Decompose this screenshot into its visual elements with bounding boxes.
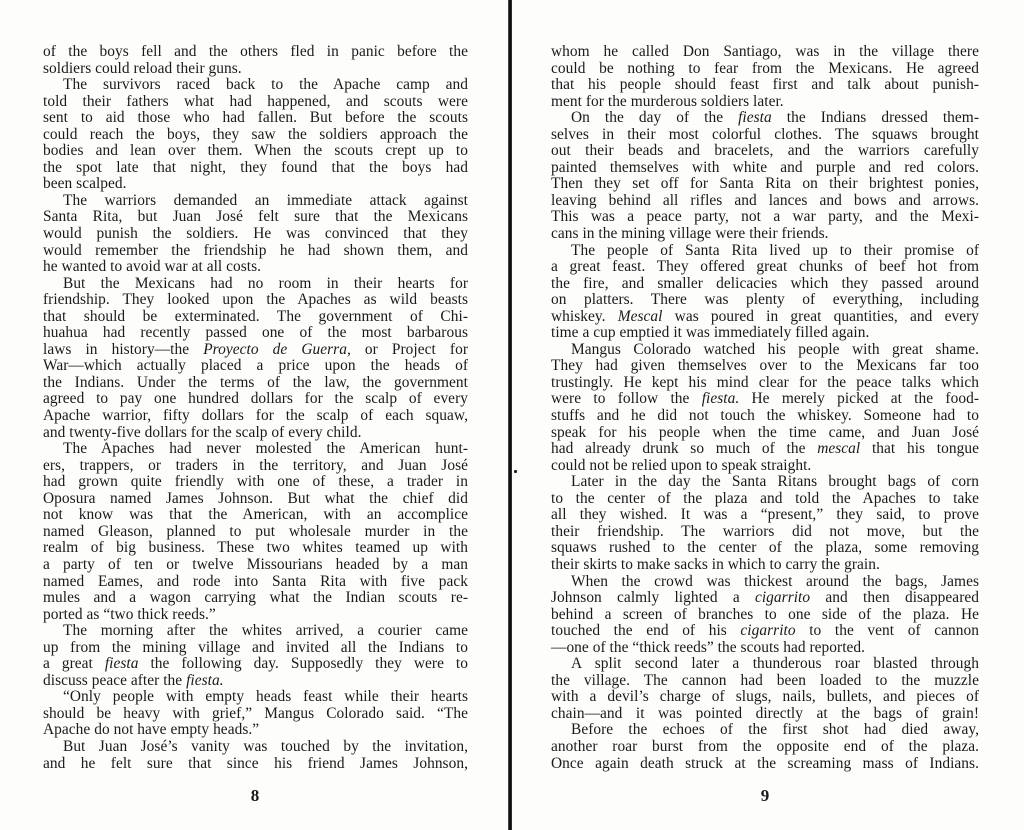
text-line: could be nothing to fear from the Mexica…: [551, 61, 979, 78]
text-line: had grown quite friendly with one of the…: [43, 474, 468, 491]
text-line: trustingly. He kept his mind clear for t…: [551, 375, 979, 392]
text-line: ers, trappers, or traders in the territo…: [43, 458, 468, 475]
text-line: had already drunk so much of the mescal …: [551, 441, 979, 458]
text-line: would remember the friendship he had sho…: [43, 243, 468, 260]
text-line: the spot late that night, they found tha…: [43, 160, 468, 177]
text-line: to the center of the plaza and told the …: [551, 491, 979, 508]
text-line: whiskey. Mescal was poured in great quan…: [551, 309, 979, 326]
text-line: Apache do not have empty heads.”: [43, 722, 468, 739]
text-line: Oposura named James Johnson. But what th…: [43, 491, 468, 508]
text-line: and he felt sure that since his friend J…: [43, 756, 468, 773]
text-line: that his people should feast first and t…: [551, 77, 979, 94]
text-line: bodies and lean over them. When the scou…: [43, 143, 468, 160]
text-line: They had given themselves over to the Me…: [551, 358, 979, 375]
text-line: whom he called Don Santiago, was in the …: [551, 44, 979, 61]
right-page: whom he called Don Santiago, was in the …: [512, 0, 1024, 830]
text-line: their skirts to make sacks in which to c…: [551, 557, 979, 574]
text-line: up from the mining village and invited a…: [43, 640, 468, 657]
text-line: Johnson calmly lighted a cigarrito and t…: [551, 590, 979, 607]
text-line: and twenty-five dollars for the scalp of…: [43, 425, 468, 442]
text-line: time a cup emptied it was immediately fi…: [551, 325, 979, 342]
text-line: soldiers could reload their guns.: [43, 61, 468, 78]
text-line: agreed to pay one hundred dollars for th…: [43, 391, 468, 408]
text-line: should be heavy with grief,” Mangus Colo…: [43, 706, 468, 723]
page-number: 9: [745, 786, 785, 806]
text-line: the village. The cannon had been loaded …: [551, 673, 979, 690]
text-line: touched the end of his cigarrito to the …: [551, 623, 979, 640]
text-line: behind a screen of branches to one side …: [551, 607, 979, 624]
text-line: all they wished. It was a “present,” the…: [551, 507, 979, 524]
text-line: discuss peace after the fiesta.: [43, 673, 468, 690]
text-line: laws in history—the Proyecto de Guerra, …: [43, 342, 468, 359]
text-line: a great fiesta the following day. Suppos…: [43, 656, 468, 673]
text-line: the Indians. Under the terms of the law,…: [43, 375, 468, 392]
text-line: that should be exterminated. The governm…: [43, 309, 468, 326]
text-line: This was a peace party, not a war party,…: [551, 209, 979, 226]
text-line: The morning after the whites arrived, a …: [43, 623, 468, 640]
text-line: not know was that the American, with an …: [43, 507, 468, 524]
text-line: friendship. They looked upon the Apaches…: [43, 292, 468, 309]
text-line: another roar burst from the opposite end…: [551, 739, 979, 756]
text-line: A split second later a thunderous roar b…: [551, 656, 979, 673]
text-line: Before the echoes of the first shot had …: [551, 722, 979, 739]
text-line: chain—and it was pointed directly at the…: [551, 706, 979, 723]
text-line: a party of ten or twelve Missourians hea…: [43, 557, 468, 574]
left-page: of the boys fell and the others fled in …: [0, 0, 510, 830]
text-line: The people of Santa Rita lived up to the…: [551, 243, 979, 260]
text-line: on platters. There was plenty of everyth…: [551, 292, 979, 309]
text-line: mules and a wagon carrying what the Indi…: [43, 590, 468, 607]
text-line: The survivors raced back to the Apache c…: [43, 77, 468, 94]
text-line: On the day of the fiesta the Indians dre…: [551, 110, 979, 127]
text-line: their friendship. The warriors did not m…: [551, 524, 979, 541]
right-page-body: whom he called Don Santiago, was in the …: [551, 44, 979, 772]
text-line: Once again death struck at the screaming…: [551, 756, 979, 773]
text-line: named Gleason, planned to put wholesale …: [43, 524, 468, 541]
text-line: War—which actually placed a price upon t…: [43, 358, 468, 375]
text-line: cans in the mining village were their fr…: [551, 226, 979, 243]
left-page-body: of the boys fell and the others fled in …: [43, 44, 468, 772]
text-line: realm of big business. These two whites …: [43, 540, 468, 557]
text-line: Apache warrior, fifty dollars for the sc…: [43, 408, 468, 425]
text-line: ment for the murderous soldiers later.: [551, 94, 979, 111]
text-line: were to follow the fiesta. He merely pic…: [551, 391, 979, 408]
text-line: Then they set off for Santa Rita on thei…: [551, 176, 979, 193]
text-line: named Eames, and rode into Santa Rita wi…: [43, 574, 468, 591]
text-line: “Only people with empty heads feast whil…: [43, 689, 468, 706]
text-line: would punish the soldiers. He was convin…: [43, 226, 468, 243]
text-line: with a devil’s charge of slugs, nails, b…: [551, 689, 979, 706]
text-line: When the crowd was thickest around the b…: [551, 574, 979, 591]
text-line: The Apaches had never molested the Ameri…: [43, 441, 468, 458]
book-spread: of the boys fell and the others fled in …: [0, 0, 1024, 830]
text-line: told their fathers what had happened, an…: [43, 94, 468, 111]
text-line: squaws rushed to the center of the plaza…: [551, 540, 979, 557]
text-line: Mangus Colorado watched his people with …: [551, 342, 979, 359]
text-line: the fire, and smaller delicacies which t…: [551, 276, 979, 293]
text-line: of the boys fell and the others fled in …: [43, 44, 468, 61]
text-line: could not be relied upon to speak straig…: [551, 458, 979, 475]
page-number: 8: [235, 786, 275, 806]
text-line: ported as “two thick reeds.”: [43, 607, 468, 624]
text-line: speak for his people when the time came,…: [551, 425, 979, 442]
text-line: a great feast. They offered great chunks…: [551, 259, 979, 276]
text-line: —one of the “thick reeds” the scouts had…: [551, 640, 979, 657]
text-line: huahua had recently passed one of the mo…: [43, 325, 468, 342]
text-line: sent to aid those who had fallen. But be…: [43, 110, 468, 127]
text-line: could reach the boys, they saw the soldi…: [43, 127, 468, 144]
text-line: selves in their most colorful clothes. T…: [551, 127, 979, 144]
text-line: he wanted to avoid war at all costs.: [43, 259, 468, 276]
text-line: painted themselves with white and purple…: [551, 160, 979, 177]
text-line: Santa Rita, but Juan José felt sure that…: [43, 209, 468, 226]
text-line: The warriors demanded an immediate attac…: [43, 193, 468, 210]
text-line: Later in the day the Santa Ritans brough…: [551, 474, 979, 491]
text-line: been scalped.: [43, 176, 468, 193]
text-line: out their beads and bracelets, and the w…: [551, 143, 979, 160]
text-line: But the Mexicans had no room in their he…: [43, 276, 468, 293]
text-line: stuffs and he did not touch the whiskey.…: [551, 408, 979, 425]
text-line: But Juan José’s vanity was touched by th…: [43, 739, 468, 756]
text-line: leaving behind all rifles and lances and…: [551, 193, 979, 210]
